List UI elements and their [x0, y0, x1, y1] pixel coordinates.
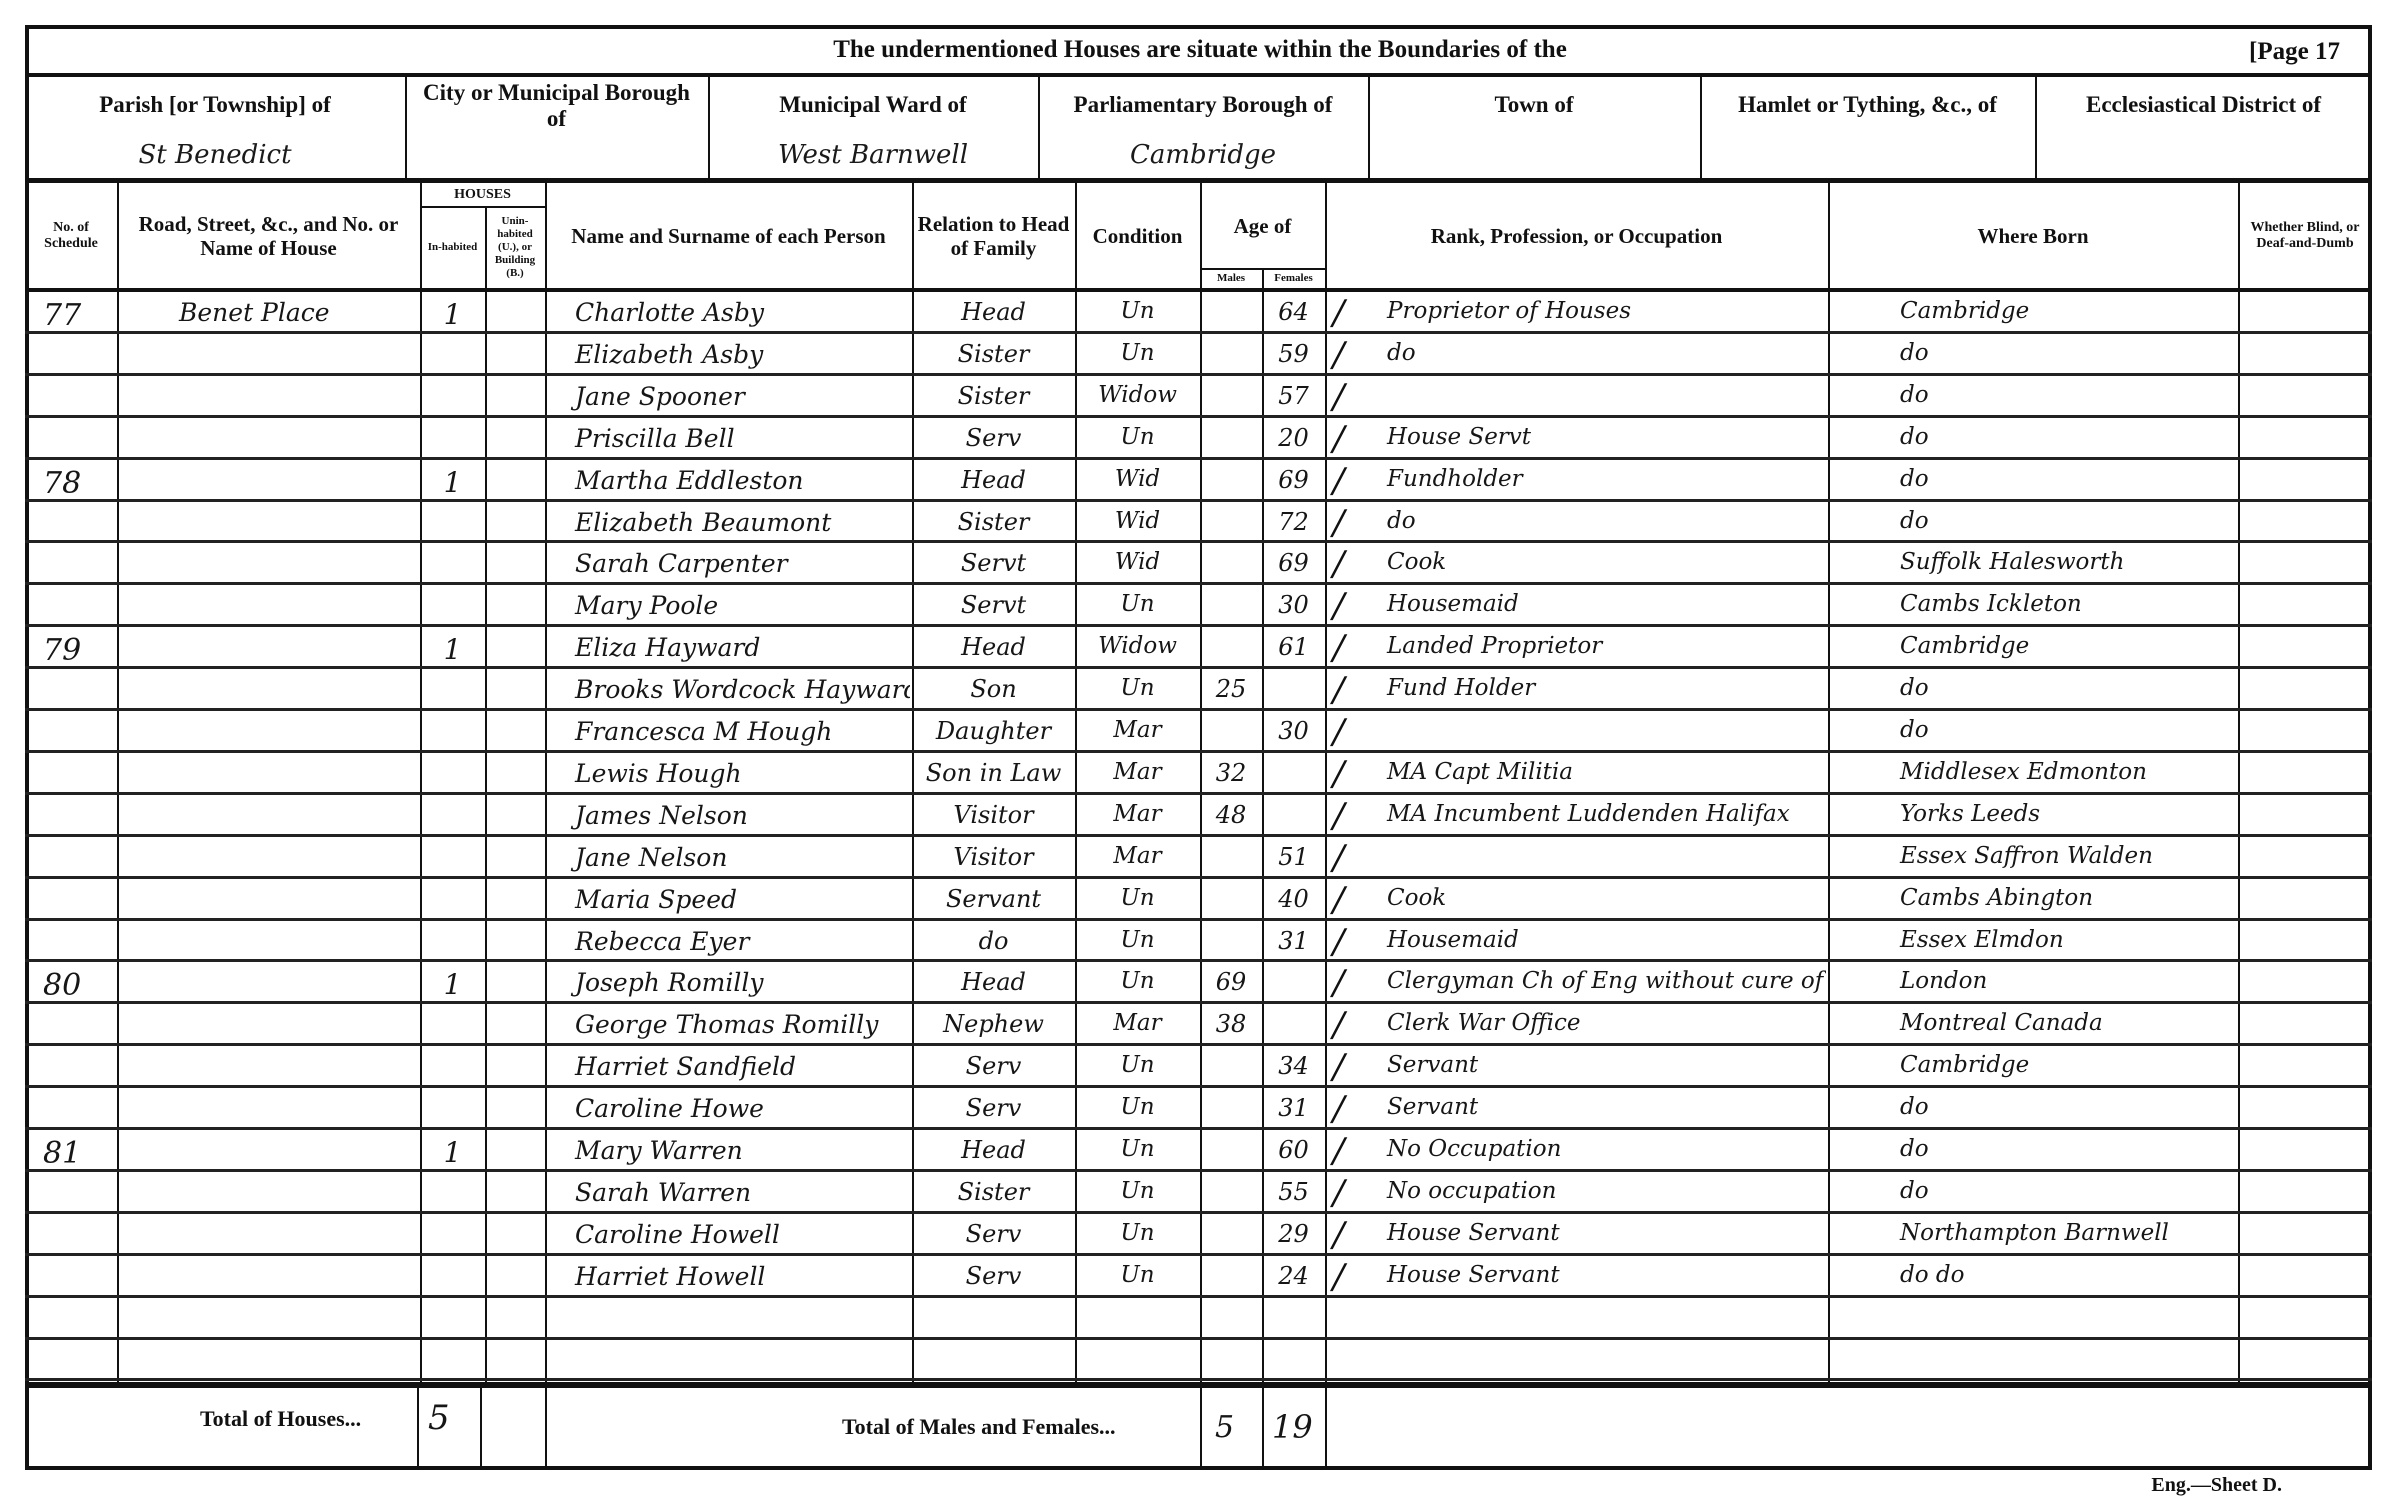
- occupation: Clerk War Office: [1327, 1010, 1826, 1036]
- female-age: 59: [1264, 340, 1323, 368]
- female-age: 61: [1264, 633, 1323, 661]
- marital-condition: Un: [1077, 885, 1198, 911]
- col-header-name: Name and Surname of each Person: [545, 183, 912, 288]
- person-name: Priscilla Bell: [547, 424, 910, 453]
- relation-to-head: Nephew: [914, 1010, 1073, 1038]
- person-name: Eliza Hayward: [547, 633, 910, 662]
- col-header-uninhabited: Unin-habited (U.), or Building (B.): [485, 206, 545, 288]
- relation-to-head: Serv: [914, 1262, 1073, 1290]
- relation-to-head: Head: [914, 968, 1073, 996]
- birthplace: Cambridge: [1830, 633, 2236, 659]
- parliamentary-borough-value: Cambridge: [1044, 140, 1362, 170]
- marital-condition: Wid: [1077, 508, 1198, 534]
- birthplace: Montreal Canada: [1830, 1010, 2236, 1036]
- person-name: Elizabeth Beaumont: [547, 508, 910, 537]
- relation-to-head: Sister: [914, 1178, 1073, 1206]
- marital-condition: Widow: [1077, 382, 1198, 408]
- person-name: Harriet Howell: [547, 1262, 910, 1291]
- relation-to-head: Serv: [914, 1220, 1073, 1248]
- relation-to-head: Servant: [914, 885, 1073, 913]
- birthplace: Yorks Leeds: [1830, 801, 2236, 827]
- female-age: 69: [1264, 549, 1323, 577]
- female-age: 51: [1264, 843, 1323, 871]
- person-name: Elizabeth Asby: [547, 340, 910, 369]
- female-age: 57: [1264, 382, 1323, 410]
- row-rule: [25, 708, 2372, 711]
- relation-to-head: Son: [914, 675, 1073, 703]
- schedule-number: 77: [27, 298, 115, 333]
- person-name: Caroline Howe: [547, 1094, 910, 1123]
- total-persons-label: Total of Males and Females...: [842, 1414, 1116, 1440]
- col-header-schedule: No. of Schedule: [25, 183, 117, 288]
- female-age: 20: [1264, 424, 1323, 452]
- column-divider: [2238, 183, 2240, 1382]
- divider: [25, 1382, 2372, 1388]
- row-rule: [25, 540, 2372, 543]
- divider: [1368, 77, 1370, 180]
- relation-to-head: Visitor: [914, 843, 1073, 871]
- ecclesiastical-district-label: Ecclesiastical District of: [2041, 92, 2366, 118]
- person-name: Sarah Carpenter: [547, 549, 910, 578]
- row-rule: [25, 1378, 2372, 1381]
- relation-to-head: Servt: [914, 591, 1073, 619]
- column-divider: [117, 183, 119, 1382]
- relation-to-head: Servt: [914, 549, 1073, 577]
- marital-condition: Un: [1077, 1094, 1198, 1120]
- parish-label: Parish [or Township] of: [31, 92, 399, 118]
- marital-condition: Un: [1077, 1052, 1198, 1078]
- col-header-born: Where Born: [1828, 183, 2238, 288]
- row-rule: [25, 457, 2372, 460]
- marital-condition: Wid: [1077, 466, 1198, 492]
- birthplace: Middlesex Edmonton: [1830, 759, 2236, 785]
- person-name: Rebecca Eyer: [547, 927, 910, 956]
- row-rule: [25, 834, 2372, 837]
- female-age: 55: [1264, 1178, 1323, 1206]
- relation-to-head: Serv: [914, 1052, 1073, 1080]
- marital-condition: Un: [1077, 591, 1198, 617]
- birthplace: do: [1830, 717, 2236, 743]
- column-divider: [480, 1388, 482, 1468]
- male-age: 69: [1202, 968, 1260, 996]
- female-age: 31: [1264, 927, 1323, 955]
- occupation: Cook: [1327, 549, 1826, 575]
- marital-condition: Mar: [1077, 801, 1198, 827]
- row-rule: [25, 415, 2372, 418]
- row-rule: [25, 876, 2372, 879]
- female-age: 29: [1264, 1220, 1323, 1248]
- divider: [1038, 77, 1040, 180]
- divider: [405, 77, 407, 180]
- column-divider: [417, 1388, 419, 1468]
- female-age: 40: [1264, 885, 1323, 913]
- page-number: [Page 17: [2249, 38, 2340, 66]
- marital-condition: Un: [1077, 1178, 1198, 1204]
- female-age: 69: [1264, 466, 1323, 494]
- inhabited-count: 1: [422, 968, 483, 1001]
- female-age: 31: [1264, 1094, 1323, 1122]
- col-header-street: Road, Street, &c., and No. or Name of Ho…: [117, 183, 420, 288]
- divider: [420, 206, 545, 208]
- female-age: 60: [1264, 1136, 1323, 1164]
- person-name: Brooks Wordcock Hayward: [547, 675, 910, 704]
- birthplace: Essex Elmdon: [1830, 927, 2236, 953]
- occupation: Servant: [1327, 1094, 1826, 1120]
- row-rule: [25, 1127, 2372, 1130]
- schedule-number: 81: [27, 1136, 115, 1171]
- divider: [1700, 77, 1702, 180]
- birthplace: Northampton Barnwell: [1830, 1220, 2236, 1246]
- occupation: do: [1327, 340, 1826, 366]
- female-age: 34: [1264, 1052, 1323, 1080]
- parish-value: St Benedict: [31, 140, 399, 170]
- marital-condition: Un: [1077, 340, 1198, 366]
- divider: [708, 77, 710, 180]
- column-divider: [1325, 1388, 1327, 1468]
- marital-condition: Un: [1077, 927, 1198, 953]
- female-age: 24: [1264, 1262, 1323, 1290]
- occupation: Cook: [1327, 885, 1826, 911]
- birthplace: do: [1830, 382, 2236, 408]
- inhabited-count: 1: [422, 1136, 483, 1169]
- row-rule: [25, 1169, 2372, 1172]
- marital-condition: Widow: [1077, 633, 1198, 659]
- birthplace: Essex Saffron Walden: [1830, 843, 2236, 869]
- total-houses-label: Total of Houses...: [200, 1406, 361, 1432]
- relation-to-head: do: [914, 927, 1073, 955]
- relation-to-head: Head: [914, 633, 1073, 661]
- page-title: The undermentioned Houses are situate wi…: [0, 36, 2400, 64]
- marital-condition: Un: [1077, 1220, 1198, 1246]
- birthplace: do: [1830, 1094, 2236, 1120]
- row-rule: [25, 792, 2372, 795]
- col-header-age: Age of: [1200, 183, 1325, 268]
- birthplace: do: [1830, 424, 2236, 450]
- schedule-number: 78: [27, 466, 115, 501]
- occupation: Housemaid: [1327, 927, 1826, 953]
- occupation: Fundholder: [1327, 466, 1826, 492]
- total-females-value: 19: [1272, 1408, 1313, 1446]
- female-age: 30: [1264, 717, 1323, 745]
- birthplace: do: [1830, 340, 2236, 366]
- municipal-ward-value: West Barnwell: [714, 140, 1032, 170]
- col-header-inhabited: In-habited: [420, 206, 485, 288]
- birthplace: Cambs Ickleton: [1830, 591, 2236, 617]
- occupation: Proprietor of Houses: [1327, 298, 1826, 324]
- row-rule: [25, 959, 2372, 962]
- person-name: Caroline Howell: [547, 1220, 910, 1249]
- schedule-number: 80: [27, 968, 115, 1003]
- occupation: Clergyman Ch of Eng without cure of soul…: [1327, 968, 1826, 994]
- female-age: 72: [1264, 508, 1323, 536]
- person-name: Mary Warren: [547, 1136, 910, 1165]
- hamlet-label: Hamlet or Tything, &c., of: [1706, 92, 2029, 118]
- occupation: Housemaid: [1327, 591, 1826, 617]
- city-borough-label: City or Municipal Borough of: [411, 80, 702, 132]
- col-header-females: Females: [1262, 268, 1325, 288]
- birthplace: Cambridge: [1830, 298, 2236, 324]
- birthplace: do: [1830, 508, 2236, 534]
- relation-to-head: Head: [914, 466, 1073, 494]
- person-name: George Thomas Romilly: [547, 1010, 910, 1039]
- col-header-houses: HOUSES: [420, 183, 545, 206]
- person-name: Harriet Sandfield: [547, 1052, 910, 1081]
- female-age: 30: [1264, 591, 1323, 619]
- birthplace: Suffolk Halesworth: [1830, 549, 2236, 575]
- relation-to-head: Sister: [914, 382, 1073, 410]
- divider: [25, 73, 2372, 77]
- relation-to-head: Son in Law: [914, 759, 1073, 787]
- schedule-number: 79: [27, 633, 115, 668]
- occupation: House Servant: [1327, 1262, 1826, 1288]
- divider: [25, 288, 2372, 292]
- column-divider: [1262, 1388, 1264, 1468]
- person-name: Maria Speed: [547, 885, 910, 914]
- row-rule: [25, 750, 2372, 753]
- occupation: do: [1327, 508, 1826, 534]
- relation-to-head: Serv: [914, 424, 1073, 452]
- person-name: Charlotte Asby: [547, 298, 910, 327]
- col-header-condition: Condition: [1075, 183, 1200, 288]
- marital-condition: Un: [1077, 1262, 1198, 1288]
- person-name: James Nelson: [547, 801, 910, 830]
- row-rule: [25, 624, 2372, 627]
- total-males-value: 5: [1215, 1410, 1234, 1445]
- marital-condition: Mar: [1077, 759, 1198, 785]
- marital-condition: Un: [1077, 675, 1198, 701]
- municipal-ward-label: Municipal Ward of: [714, 92, 1032, 118]
- birthplace: do do: [1830, 1262, 2236, 1288]
- row-rule: [25, 1337, 2372, 1340]
- birthplace: do: [1830, 466, 2236, 492]
- occupation: House Servant: [1327, 1220, 1826, 1246]
- person-name: Lewis Hough: [547, 759, 910, 788]
- male-age: 25: [1202, 675, 1260, 703]
- marital-condition: Mar: [1077, 843, 1198, 869]
- street-name: Benet Place: [119, 298, 418, 327]
- inhabited-count: 1: [422, 466, 483, 499]
- parliamentary-borough-label: Parliamentary Borough of: [1044, 92, 1362, 118]
- row-rule: [25, 1085, 2372, 1088]
- sheet-footer: Eng.—Sheet D.: [2151, 1474, 2282, 1497]
- row-rule: [25, 499, 2372, 502]
- marital-condition: Mar: [1077, 1010, 1198, 1036]
- relation-to-head: Daughter: [914, 717, 1073, 745]
- marital-condition: Un: [1077, 298, 1198, 324]
- occupation: No occupation: [1327, 1178, 1826, 1204]
- relation-to-head: Serv: [914, 1094, 1073, 1122]
- person-name: Jane Nelson: [547, 843, 910, 872]
- col-header-blind: Whether Blind, or Deaf-and-Dumb: [2238, 183, 2372, 288]
- divider: [2035, 77, 2037, 180]
- occupation: Landed Proprietor: [1327, 633, 1826, 659]
- male-age: 48: [1202, 801, 1260, 829]
- female-age: 64: [1264, 298, 1323, 326]
- relation-to-head: Sister: [914, 340, 1073, 368]
- relation-to-head: Sister: [914, 508, 1073, 536]
- person-name: Joseph Romilly: [547, 968, 910, 997]
- marital-condition: Mar: [1077, 717, 1198, 743]
- marital-condition: Un: [1077, 968, 1198, 994]
- occupation: House Servt: [1327, 424, 1826, 450]
- relation-to-head: Head: [914, 1136, 1073, 1164]
- col-header-occupation: Rank, Profession, or Occupation: [1325, 183, 1828, 288]
- column-divider: [545, 1388, 547, 1468]
- row-rule: [25, 1295, 2372, 1298]
- birthplace: do: [1830, 1178, 2236, 1204]
- occupation: MA Capt Militia: [1327, 759, 1826, 785]
- male-age: 38: [1202, 1010, 1260, 1038]
- occupation: Servant: [1327, 1052, 1826, 1078]
- relation-to-head: Head: [914, 298, 1073, 326]
- col-header-males: Males: [1200, 268, 1262, 288]
- marital-condition: Un: [1077, 1136, 1198, 1162]
- occupation: No Occupation: [1327, 1136, 1826, 1162]
- column-divider: [420, 183, 422, 1382]
- row-rule: [25, 1211, 2372, 1214]
- person-name: Francesca M Hough: [547, 717, 910, 746]
- marital-condition: Wid: [1077, 549, 1198, 575]
- relation-to-head: Visitor: [914, 801, 1073, 829]
- row-rule: [25, 373, 2372, 376]
- inhabited-count: 1: [422, 298, 483, 331]
- birthplace: Cambs Abington: [1830, 885, 2236, 911]
- row-rule: [25, 1043, 2372, 1046]
- occupation: Fund Holder: [1327, 675, 1826, 701]
- inhabited-count: 1: [422, 633, 483, 666]
- row-rule: [25, 331, 2372, 334]
- person-name: Sarah Warren: [547, 1178, 910, 1207]
- col-header-relation: Relation to Head of Family: [912, 183, 1075, 288]
- person-name: Martha Eddleston: [547, 466, 910, 495]
- row-rule: [25, 1001, 2372, 1004]
- birthplace: do: [1830, 1136, 2236, 1162]
- row-rule: [25, 918, 2372, 921]
- column-divider: [1200, 1388, 1202, 1468]
- marital-condition: Un: [1077, 424, 1198, 450]
- total-houses-value: 5: [428, 1398, 450, 1438]
- birthplace: do: [1830, 675, 2236, 701]
- row-rule: [25, 582, 2372, 585]
- person-name: Mary Poole: [547, 591, 910, 620]
- birthplace: London: [1830, 968, 2236, 994]
- town-label: Town of: [1374, 92, 1694, 118]
- occupation: MA Incumbent Luddenden Halifax: [1327, 801, 1826, 827]
- male-age: 32: [1202, 759, 1260, 787]
- row-rule: [25, 666, 2372, 669]
- row-rule: [25, 1253, 2372, 1256]
- birthplace: Cambridge: [1830, 1052, 2236, 1078]
- person-name: Jane Spooner: [547, 382, 910, 411]
